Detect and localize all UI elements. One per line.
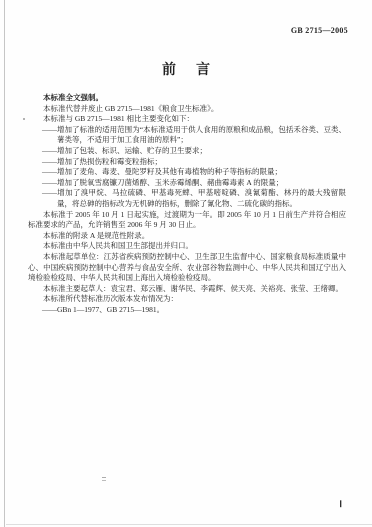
replacement-note: 本标准代替并废止 GB 2715—1981《粮食卫生标准》。 xyxy=(28,104,346,115)
document-page: GB 2715—2005 前 言 本标准全文强制。 本标准代替并废止 GB 27… xyxy=(0,0,372,527)
change-item: ——增加了溴甲烷、马拉硫磷、甲基毒死蜱、甲基嘧啶磷、溴氰菊酯、林丹的最大残留限量… xyxy=(28,188,346,209)
change-item: ——增加了标准的适用范围为“本标准适用于供人食用的原粮和成品粮，包括禾谷类、豆类… xyxy=(28,125,346,146)
scan-edge-bottom xyxy=(6,524,372,525)
issuer-note: 本标准由中华人民共和国卫生部提出并归口。 xyxy=(28,241,346,252)
section-title: 前 言 xyxy=(0,59,372,79)
change-item: ——增加了脱氧雪腐镰刀菌烯醇、玉米赤霉烯酮、赭曲霉毒素 A 的限量； xyxy=(28,178,346,189)
scan-artifact-dot xyxy=(23,118,25,120)
change-item: ——增加了包装、标识、运输、贮存的卫生要求； xyxy=(28,146,346,157)
drafting-units-note: 本标准起草单位：江苏省疾病预防控制中心、卫生部卫生监督中心、国家粮食局标准质量中… xyxy=(28,252,346,284)
change-item: ——增加了麦角、毒麦、曼陀罗籽及其他有毒植物的种子等指标的限量； xyxy=(28,167,346,178)
changes-intro: 本标准与 GB 2715—1981 相比主要变化如下： xyxy=(28,114,346,125)
change-item: ——增加了热损伤粒和霉变粒指标； xyxy=(28,157,346,168)
foreword-body: 本标准全文强制。 本标准代替并废止 GB 2715—1981《粮食卫生标准》。 … xyxy=(28,93,346,315)
annex-note: 本标准的附录 A 是规范性附录。 xyxy=(28,231,346,242)
implementation-note: 本标准于 2005 年 10 月 1 日起实施，过渡期为一年。即 2005 年 … xyxy=(28,210,346,231)
drafters-note: 本标准主要起草人：袁宝君、郑云雁、谢华民、李霞辉、侯天亮、关裕亮、张莹、王绪卿。 xyxy=(28,284,346,295)
standard-code: GB 2715—2005 xyxy=(291,26,348,35)
scan-artifact-mark xyxy=(102,477,106,481)
scan-edge-left xyxy=(4,0,5,527)
history-intro: 本标准所代替标准历次版本发布情况为： xyxy=(28,294,346,305)
page-number: Ⅰ xyxy=(339,499,342,510)
history-item: ——GBn 1—1977、GB 2715—1981。 xyxy=(28,305,346,316)
mandatory-note: 本标准全文强制。 xyxy=(28,93,346,104)
